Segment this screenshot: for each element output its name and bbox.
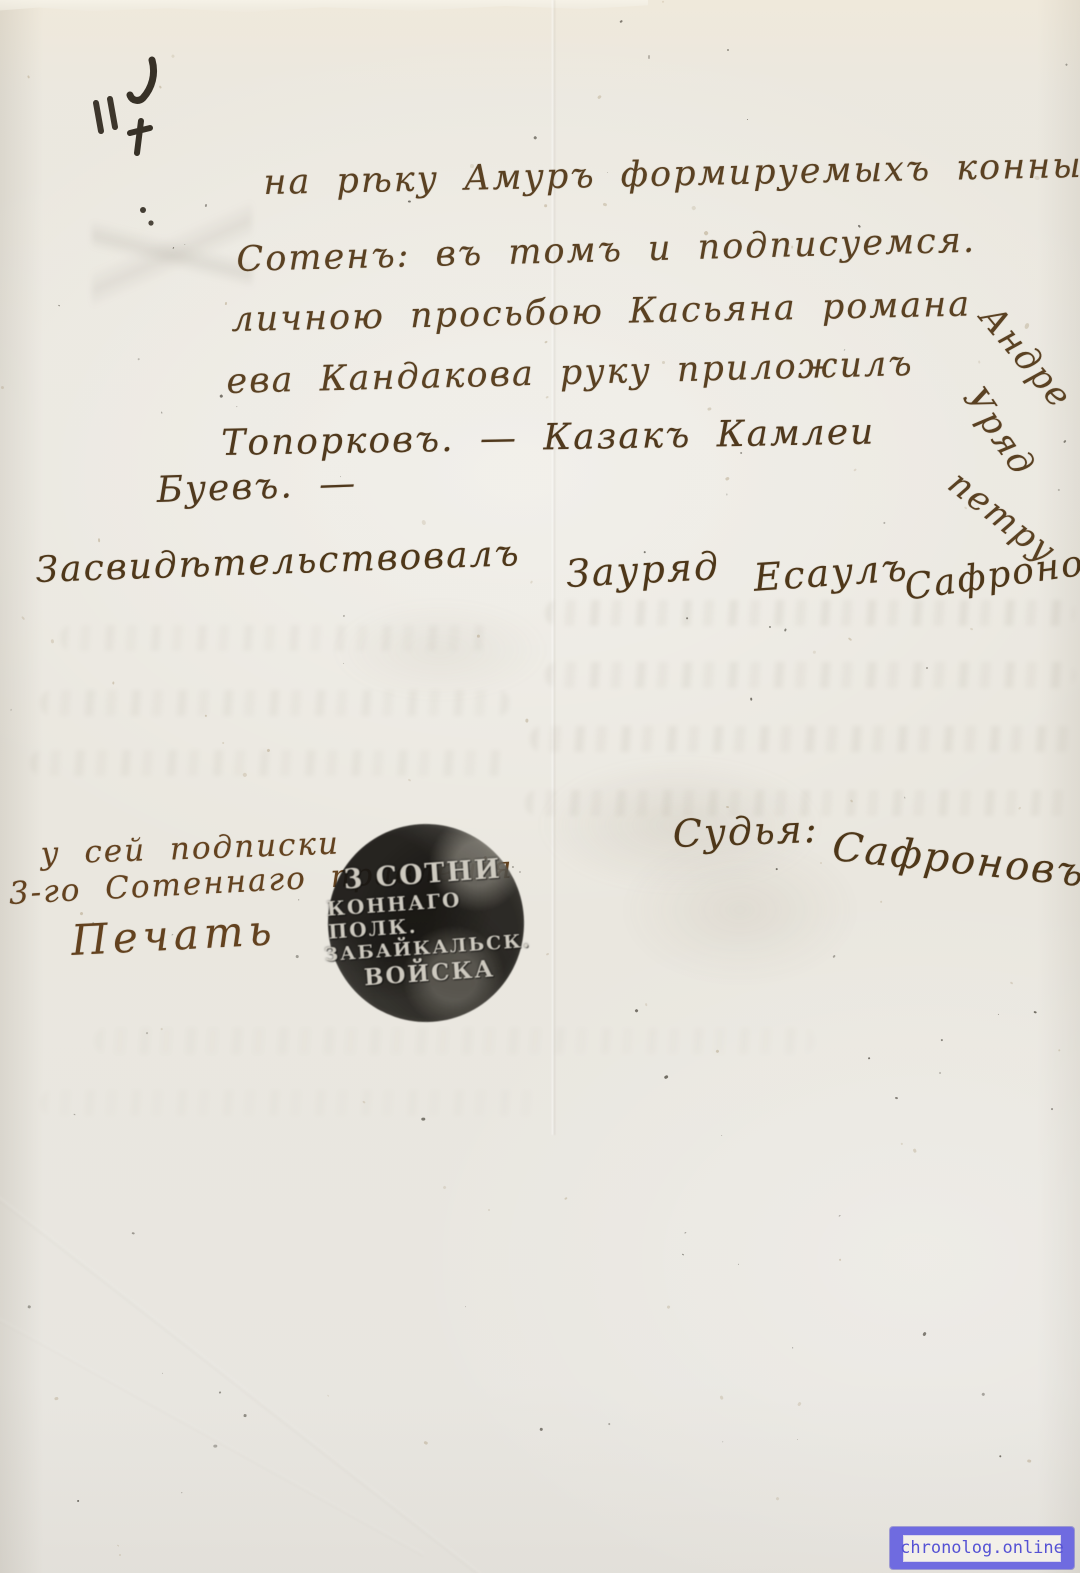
bleed-through-row [95, 1028, 815, 1054]
paper-speck [465, 1306, 466, 1307]
paper-speck [220, 394, 224, 398]
paper-speck [813, 651, 816, 654]
paper-speck [913, 1148, 917, 1152]
paper-speck [685, 1232, 687, 1234]
paper-speck [648, 55, 651, 59]
paper-speck [1033, 1011, 1036, 1014]
paper-speck [408, 779, 411, 782]
paper-speck [707, 407, 712, 411]
paper-speck [726, 494, 727, 496]
manuscript-line: Буевъ. — [156, 463, 358, 511]
paper-speck [421, 1118, 425, 1121]
paper-speck [546, 952, 550, 955]
paper-speck [941, 1039, 943, 1041]
paper-speck [219, 1392, 222, 1394]
paper-speck [132, 1232, 135, 1235]
paper-speck [1051, 1108, 1054, 1111]
paper-speck [867, 1057, 870, 1060]
paper-speck [722, 1441, 724, 1443]
paper-speck [662, 1, 665, 4]
paper-speck [750, 697, 752, 700]
paper-speck [119, 1554, 121, 1556]
paper-speck [423, 1441, 428, 1446]
paper-speck [77, 1500, 80, 1503]
paper-speck [998, 1014, 1000, 1015]
paper-speck [792, 1347, 794, 1349]
paper-speck [839, 1259, 842, 1262]
paper-speck [1058, 489, 1060, 491]
attestation-word: Есаулъ [752, 545, 910, 600]
bleed-through-row [545, 600, 1075, 626]
paper-speck [769, 626, 772, 628]
paper-speck [112, 681, 114, 684]
paper-speck [939, 1072, 942, 1075]
paper-speck [181, 1492, 183, 1494]
paper-speck [747, 119, 748, 120]
paper-speck [162, 1373, 163, 1374]
paper-speck [719, 1396, 723, 1401]
paper-speck [667, 1305, 671, 1309]
paper-speck [880, 901, 883, 904]
paper-speck [922, 1332, 927, 1337]
paper-speck [58, 305, 60, 307]
attestation-word: Зауряд [565, 544, 721, 596]
paper-stain [330, 600, 550, 700]
document-scan: на рѣку Амуръ формируемыхъ конныхъ Сотен… [0, 0, 1080, 1573]
paper-speck [55, 1397, 59, 1401]
diagonal-crease [0, 1182, 484, 1573]
paper-speck [1010, 981, 1014, 985]
paper-stain [620, 835, 860, 985]
paper-speck [98, 538, 101, 542]
paper-speck [738, 1264, 739, 1265]
paper-speck [1027, 1459, 1031, 1462]
paper-speck [244, 1414, 247, 1417]
paper-speck [0, 386, 4, 390]
paper-speck [895, 1097, 898, 1100]
paper-speck [10, 709, 12, 711]
paper-speck [545, 341, 548, 344]
paper-speck [161, 412, 163, 414]
paper-speck [171, 54, 175, 58]
paper-speck [608, 1423, 611, 1426]
manuscript-line: ева Кандакова руку приложилъ [226, 344, 914, 402]
paper-speck [664, 1075, 668, 1079]
paper-speck [21, 616, 25, 621]
paper-speck [421, 519, 426, 525]
paper-speck [970, 628, 973, 631]
ink-hook-mark [130, 60, 154, 100]
manuscript-line: на рѣку Амуръ формируемыхъ конныхъ [263, 145, 1080, 203]
watermark-badge: chronolog.online [890, 1527, 1074, 1569]
paper-speck [978, 360, 980, 363]
diagonal-crease [0, 1302, 425, 1557]
paper-speck [564, 1197, 567, 1200]
paper-speck [797, 1402, 801, 1407]
paper-speck [603, 202, 607, 206]
paper-speck [519, 871, 521, 873]
paper-speck [634, 1009, 638, 1013]
judge-label: Судья: [672, 807, 819, 856]
paper-speck [117, 1545, 119, 1547]
paper-speck [901, 1142, 903, 1145]
attestation-word: Засвидѣтельствовалъ [35, 533, 521, 591]
paper-speck [27, 75, 30, 79]
paper-speck [533, 136, 537, 140]
paper-speck [1063, 440, 1066, 443]
paper-speck [854, 468, 857, 471]
paper-speck [327, 1395, 329, 1397]
paper-speck [407, 200, 410, 202]
manuscript-line: Сотенъ: въ томъ и подписуемся. [236, 221, 976, 280]
paper-speck [222, 742, 225, 745]
paper-speck [540, 1428, 543, 1431]
paper-speck [883, 521, 886, 524]
paper-speck [797, 1439, 799, 1441]
paper-speck [597, 95, 602, 100]
attestation-signature: Сафроновъ [902, 536, 1080, 609]
judge-signature: Сафроновъ [830, 824, 1080, 896]
bleed-through-row [530, 726, 1075, 752]
pencil-smudge [92, 118, 252, 393]
watermark-text: chronolog.online [900, 1538, 1064, 1558]
paper-speck [1058, 1049, 1061, 1052]
sotnia-ink-seal: 3 СОТНИ КОННАГО ПОЛК. ЗАБАЙКАЛЬСК. ВОЙСК… [321, 817, 530, 1028]
manuscript-line: Топорковъ. — Казакъ Камлеи [221, 412, 876, 464]
manuscript-line: личною просьбою Касьяна романа [231, 285, 972, 340]
paper-speck [530, 580, 533, 584]
paper-speck [691, 205, 696, 210]
paper-speck [848, 637, 852, 641]
paper-speck [343, 615, 345, 617]
bleed-through-row [545, 662, 1075, 688]
paper-speck [442, 1185, 446, 1189]
paper-speck [236, 406, 238, 407]
paper-speck [838, 1215, 840, 1217]
paper-speck [727, 49, 729, 51]
watermark-box: chronolog.online [903, 1535, 1061, 1562]
seal-note-line: Печать [70, 905, 278, 965]
paper-speck [546, 396, 549, 399]
paper-speck [645, 1003, 648, 1007]
paper-speck [213, 1444, 217, 1447]
paper-speck [721, 1135, 722, 1136]
paper-speck [998, 1455, 1001, 1458]
paper-speck [1066, 64, 1068, 66]
paper-speck [725, 476, 730, 481]
bleed-through-row [40, 1090, 540, 1116]
paper-speck [488, 1209, 490, 1211]
paper-speck [298, 899, 300, 901]
paper-speck [620, 20, 623, 23]
paper-speck [27, 1305, 31, 1308]
paper-speck [775, 1497, 779, 1501]
paper-speck [682, 1254, 684, 1256]
paper-speck [296, 955, 299, 958]
paper-speck [544, 204, 547, 207]
paper-speck [982, 1392, 986, 1396]
paper-speck [51, 639, 55, 644]
paper-speck [159, 85, 162, 88]
paper-speck [784, 628, 787, 631]
paper-speck [525, 719, 528, 723]
bleed-through-row [30, 750, 510, 776]
